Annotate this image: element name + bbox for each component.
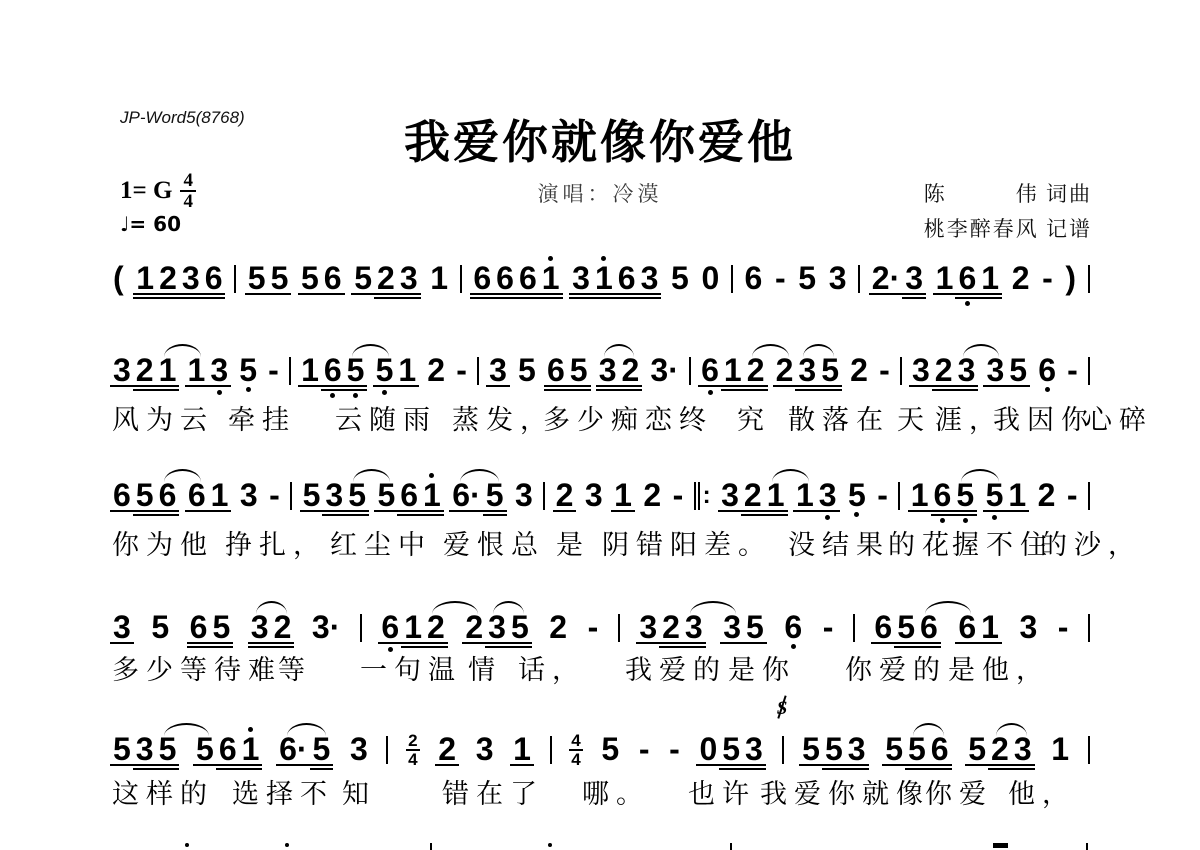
note-digit: 2 [661, 614, 681, 640]
repeat-barline [698, 482, 700, 510]
note-digit: 1 [187, 357, 207, 383]
note-digit: 5 [896, 614, 916, 640]
note-digit: 6 [323, 265, 343, 291]
beam-group: 2 [1037, 482, 1057, 508]
beam-group: 165 [910, 482, 975, 508]
note-digit: 5 [195, 736, 215, 762]
beam-group: 321 [720, 482, 785, 508]
beam-group: 3 [488, 357, 508, 383]
note-digit: 3 [571, 265, 591, 291]
note-digit: 1 [613, 482, 633, 508]
note-digit: 5 [346, 357, 366, 383]
note-digit: 6 [957, 265, 977, 291]
note-digit: 2 [555, 482, 575, 508]
clipped-note-fragment [993, 843, 1008, 848]
time-sig-denominator: 4 [408, 751, 417, 767]
dash-note: - [455, 357, 468, 383]
beam-group: - [587, 614, 600, 640]
slur-arc [690, 601, 736, 614]
music-line: 3565323·6122352-323356-656613- [112, 614, 1090, 642]
lyric-syllables: 的花 [888, 523, 956, 562]
beam-group: ) [1064, 265, 1077, 291]
lyric-syllables: 心碎 [1085, 398, 1153, 437]
note-digit: 6· [278, 736, 308, 762]
note-digit: 5 [211, 614, 231, 640]
lyric-syllables: 云随雨 [335, 398, 437, 437]
beam-group: 13 [187, 357, 230, 383]
clipped-note-fragment [185, 843, 189, 847]
beam-group: 3 [584, 482, 604, 508]
beam-group: 053 [698, 736, 763, 762]
note-digit: 2 [743, 482, 763, 508]
note-digit: 6 [783, 614, 803, 640]
note-digit: 3 [209, 357, 229, 383]
note-digit: 0 [700, 265, 720, 291]
beam-group: 61 [957, 614, 1000, 640]
note-digit: 5 [135, 482, 155, 508]
note-digit: 6 [187, 482, 207, 508]
lyric-syllables: 等 [278, 648, 312, 687]
beam-group: - [1066, 482, 1079, 508]
note-digit: 5 [150, 614, 170, 640]
note-digit: 2 [990, 736, 1010, 762]
beam-group: 5 [797, 265, 817, 291]
slur-arc [772, 469, 809, 482]
barline [731, 265, 733, 293]
barline [1088, 614, 1090, 642]
note-digit: 3 [720, 482, 740, 508]
note-digit: 1 [594, 265, 614, 291]
note-digit: 6 [930, 736, 950, 762]
beam-group: 6661 [472, 265, 560, 291]
beam-group: - [638, 736, 651, 762]
beam-group: 523 [353, 265, 418, 291]
beam-group: 35 [985, 357, 1028, 383]
note-digit: 1 [403, 614, 423, 640]
slur-arc [925, 601, 971, 614]
octave-dot-high [548, 256, 553, 261]
lyric-syllables: 你为他 [112, 523, 214, 562]
note-digit: 5 [238, 357, 258, 383]
dash-note: - [1066, 357, 1079, 383]
beam-group: 2 [426, 357, 446, 383]
beam-group: 1 [429, 265, 449, 291]
note-digit: 3 [744, 736, 764, 762]
note-digit: 5 [347, 482, 367, 508]
barline [550, 736, 552, 764]
note-digit: 5 [376, 482, 396, 508]
beam-group: 3· [649, 357, 679, 383]
octave-dot-low [246, 387, 251, 392]
octave-dot-low [708, 390, 713, 395]
clipped-note-fragment [430, 843, 432, 850]
lyric-syllables: 是你 [728, 648, 796, 687]
lyric-syllables: 他， [1008, 772, 1076, 811]
note-digit: 3 [239, 482, 259, 508]
notation-area: (12365556523166613163506-532·31612-)3211… [0, 0, 1200, 850]
note-digit: 3 [324, 482, 344, 508]
note-digit: 5 [158, 736, 178, 762]
beam-group: 32 [250, 614, 293, 640]
lyric-syllables: 挣扎， [225, 523, 327, 562]
lyric-syllables: 没结果 [788, 523, 890, 562]
beam-group: 5 [517, 357, 537, 383]
dash-note: - [1041, 265, 1054, 291]
beam-group: 656 [112, 482, 177, 508]
beam-group: 535 [302, 482, 367, 508]
repeat-barline [694, 482, 696, 510]
beam-group: - [268, 482, 281, 508]
beam-group: 3 [349, 736, 369, 762]
lyric-syllables: 散落在 [788, 398, 890, 437]
note-digit: 3 [847, 736, 867, 762]
beam-group: 65 [189, 614, 232, 640]
note-digit: 5 [312, 736, 332, 762]
slur-arc [996, 723, 1027, 736]
note-digit: 2 [934, 357, 954, 383]
note-digit: 6 [380, 614, 400, 640]
barline [1088, 736, 1090, 764]
note-digit: 2 [1011, 265, 1031, 291]
octave-dot-low [854, 512, 859, 517]
note-digit: 1 [241, 736, 261, 762]
beam-group: - [455, 357, 468, 383]
octave-dot-low [992, 515, 997, 520]
note-digit: 1 [980, 265, 1000, 291]
beam-group: 165 [300, 357, 365, 383]
note-digit: 5 [569, 357, 589, 383]
slur-arc [256, 601, 287, 614]
lyric-syllables: 我因你 [993, 398, 1095, 437]
time-sig-numerator: 4 [569, 733, 582, 751]
beam-group: 6 [783, 614, 803, 640]
octave-dot-high [248, 727, 253, 732]
note-digit: 5 [300, 265, 320, 291]
beam-group: 3 [514, 482, 534, 508]
note-digit: 5 [820, 357, 840, 383]
lyric-syllables: 一句温 [360, 648, 462, 687]
note-digit: 3 [475, 736, 495, 762]
slur-arc [604, 344, 634, 357]
lyric-syllables: 选择不 [232, 772, 334, 811]
note-digit: 3· [311, 614, 341, 640]
paren-mark: ) [1064, 265, 1077, 291]
lyric-syllables: 你爱的 [845, 648, 947, 687]
note-digit: 5 [884, 736, 904, 762]
note-digit: 5 [824, 736, 844, 762]
beam-group: 35 [722, 614, 765, 640]
note-digit: 3 [514, 482, 534, 508]
music-line: 5355616·5324231445--0535535565231S [112, 736, 1090, 767]
lyric-syllables: 哪。 [582, 772, 650, 811]
beam-group: 556 [884, 736, 949, 762]
beam-group: - [1041, 265, 1054, 291]
note-digit: 6 [112, 482, 132, 508]
dash-note: - [587, 614, 600, 640]
note-digit: 1 [397, 357, 417, 383]
lyric-syllables: 牵挂 [228, 398, 296, 437]
barline [543, 482, 545, 510]
note-digit: 3 [818, 482, 838, 508]
lyric-syllables: 阴错阳差。 [602, 523, 772, 562]
time-sig-denominator: 4 [571, 751, 580, 767]
note-digit: 6 [617, 265, 637, 291]
paren-mark: ( [112, 265, 125, 291]
octave-dot-low [217, 390, 222, 395]
barline [1088, 482, 1090, 510]
dash-note: - [822, 614, 835, 640]
lyric-syllables: 红尘中 [330, 523, 432, 562]
beam-group: 235 [464, 614, 529, 640]
beam-group: 5 [150, 614, 170, 640]
slur-arc [164, 469, 201, 482]
beam-group: 5 [238, 357, 258, 383]
note-digit: 2 [1037, 482, 1057, 508]
note-digit: 5 [745, 614, 765, 640]
note-digit: 5 [847, 482, 867, 508]
sheet-music-page: JP-Word5(8768) 我爱你就像你爱他 演唱：冷漠 陈 伟 词曲 桃李醉… [0, 0, 1200, 850]
barline [386, 736, 388, 764]
octave-dot-low [382, 390, 387, 395]
beam-group: - [672, 482, 685, 508]
beam-group: 6 [1037, 357, 1057, 383]
note-digit: 3 [112, 357, 132, 383]
lyric-syllables: 情 [468, 648, 502, 687]
note-digit: 2 [426, 614, 446, 640]
note-digit: 5 [955, 482, 975, 508]
lyric-syllables: 天 [897, 398, 931, 437]
beam-group: 561 [195, 736, 260, 762]
note-digit: 2 [273, 614, 293, 640]
note-digit: 5 [721, 736, 741, 762]
note-digit: 5 [510, 614, 530, 640]
note-digit: 6 [495, 265, 515, 291]
slur-arc [913, 723, 944, 736]
beam-group: 5 [847, 482, 867, 508]
lyric-syllables: 蒸发， [452, 398, 554, 437]
dash-note: - [672, 482, 685, 508]
note-digit: 3 [349, 736, 369, 762]
note-digit: 2 [158, 265, 178, 291]
note-digit: 2 [620, 357, 640, 383]
beam-group: 2 [1011, 265, 1031, 291]
barline [460, 265, 462, 293]
beam-group: 2 [548, 614, 568, 640]
beam-group: 3· [311, 614, 341, 640]
music-line: 656613-5355616·532312-:321135-165512- [112, 482, 1090, 510]
note-digit: 2 [746, 357, 766, 383]
clipped-note-fragment [285, 843, 289, 847]
lyric-syllables: 爱恨总 [443, 523, 545, 562]
note-digit: 1 [512, 736, 532, 762]
beam-group: 51 [375, 357, 418, 383]
clipped-note-fragment [1086, 843, 1088, 850]
beam-group: - [822, 614, 835, 640]
beam-group: 3 [828, 265, 848, 291]
barline [234, 265, 236, 293]
lyric-syllables: 话， [518, 648, 586, 687]
note-digit: 3 [598, 357, 618, 383]
lyric-syllables: 多少等待难 [112, 648, 282, 687]
note-digit: 5 [985, 482, 1005, 508]
slur-arc [493, 601, 524, 614]
note-digit: 3 [828, 265, 848, 291]
note-digit: 2· [871, 265, 901, 291]
repeat-start-sign: : [694, 482, 711, 510]
barline [898, 482, 900, 510]
note-digit: 6· [451, 482, 481, 508]
beam-group: 2 [849, 357, 869, 383]
note-digit: 5 [247, 265, 267, 291]
barline [1088, 265, 1090, 293]
slur-arc [352, 344, 389, 357]
beam-group: 561 [376, 482, 441, 508]
note-digit: 5 [967, 736, 987, 762]
note-digit: 1 [210, 482, 230, 508]
slur-arc [961, 469, 999, 482]
beam-group: 5 [670, 265, 690, 291]
beam-group: ( [112, 265, 125, 291]
note-digit: 1 [422, 482, 442, 508]
slur-arc [164, 723, 209, 736]
note-digit: 6 [323, 357, 343, 383]
barline [782, 736, 784, 764]
beam-group: 6·5 [451, 482, 504, 508]
dash-note: - [876, 482, 889, 508]
barline [360, 614, 362, 642]
note-digit: 3 [181, 265, 201, 291]
beam-group: 3 [112, 614, 132, 640]
note-digit: 1 [1007, 482, 1027, 508]
barline [689, 357, 691, 385]
note-digit: 5 [270, 265, 290, 291]
note-digit: 2 [376, 265, 396, 291]
clipped-note-fragment [548, 843, 552, 847]
slur-arc [963, 344, 999, 357]
dash-note: - [638, 736, 651, 762]
barline [1088, 357, 1090, 385]
beam-group: 612 [380, 614, 445, 640]
beam-group: 553 [801, 736, 866, 762]
beam-group: 523 [967, 736, 1032, 762]
lyric-syllables: 也许 [688, 772, 756, 811]
note-digit: 1 [541, 265, 561, 291]
beam-group: 612 [700, 357, 765, 383]
note-digit: 5 [907, 736, 927, 762]
beam-group: 55 [247, 265, 290, 291]
octave-dot-low [1045, 387, 1050, 392]
slur-arc [353, 469, 390, 482]
time-sig-numerator: 2 [406, 733, 419, 751]
note-digit: 2 [135, 357, 155, 383]
beam-group: 2 [555, 482, 575, 508]
note-digit: 1 [723, 357, 743, 383]
note-digit: 3 [1018, 614, 1038, 640]
note-digit: 3 [487, 614, 507, 640]
lyric-syllables: 你爱 [925, 772, 993, 811]
note-digit: 6 [1037, 357, 1057, 383]
note-digit: 5 [517, 357, 537, 383]
note-digit: 2 [642, 482, 662, 508]
beam-group: 323 [911, 357, 976, 383]
note-digit: 3 [684, 614, 704, 640]
note-digit: 6 [158, 482, 178, 508]
beam-group: 32 [598, 357, 641, 383]
beam-group: 1 [613, 482, 633, 508]
music-line: (12365556523166613163506-532·31612-) [112, 265, 1090, 293]
beam-group: 2 [642, 482, 662, 508]
note-digit: 3 [112, 614, 132, 640]
beam-group: 3 [475, 736, 495, 762]
beam-group: 161 [935, 265, 1000, 291]
beam-group: - [878, 357, 891, 383]
note-digit: 3 [797, 357, 817, 383]
lyric-syllables: 多少痴恋终 [543, 398, 713, 437]
beam-group: - [774, 265, 787, 291]
beam-group: 3 [1018, 614, 1038, 640]
segno-slash [777, 695, 786, 718]
note-digit: 6 [933, 482, 953, 508]
lyric-syllables: 的沙， [1040, 523, 1142, 562]
beam-group: 323 [638, 614, 703, 640]
note-digit: 2 [426, 357, 446, 383]
repeat-dots: : [703, 483, 711, 509]
note-digit: 1 [910, 482, 930, 508]
note-digit: 3 [985, 357, 1005, 383]
octave-dot-high [429, 473, 434, 478]
segno-icon: S [776, 698, 788, 720]
note-digit: 1 [300, 357, 320, 383]
note-digit: 2 [548, 614, 568, 640]
note-digit: 1 [135, 265, 155, 291]
note-digit: 3 [911, 357, 931, 383]
note-digit: 0 [698, 736, 718, 762]
barline [858, 265, 860, 293]
beam-group: 235 [775, 357, 840, 383]
barline [853, 614, 855, 642]
note-digit: 3 [904, 265, 924, 291]
slur-arc [287, 723, 326, 736]
beam-group: 2 [437, 736, 457, 762]
dash-note: - [668, 736, 681, 762]
note-digit: 2 [775, 357, 795, 383]
beam-group: 5 [600, 736, 620, 762]
note-digit: 6 [919, 614, 939, 640]
time-signature: 24 [406, 733, 419, 767]
dash-note: - [1066, 482, 1079, 508]
barline [900, 357, 902, 385]
note-digit: 5 [485, 482, 505, 508]
beam-group: 1 [512, 736, 532, 762]
time-signature: 44 [569, 733, 582, 767]
note-digit: 6 [873, 614, 893, 640]
dash-note: - [1057, 614, 1070, 640]
beam-group: 13 [795, 482, 838, 508]
beam-group: - [1057, 614, 1070, 640]
lyric-syllables: 风为云 [112, 398, 214, 437]
lyric-syllables: 握不住 [952, 523, 1054, 562]
note-digit: 5 [797, 265, 817, 291]
beam-group: - [1066, 357, 1079, 383]
note-digit: 6 [957, 614, 977, 640]
beam-group: 535 [112, 736, 177, 762]
note-digit: 3 [399, 265, 419, 291]
beam-group: 3 [239, 482, 259, 508]
note-digit: 3 [135, 736, 155, 762]
beam-group: - [267, 357, 280, 383]
note-digit: 2 [849, 357, 869, 383]
beam-group: 6 [744, 265, 764, 291]
